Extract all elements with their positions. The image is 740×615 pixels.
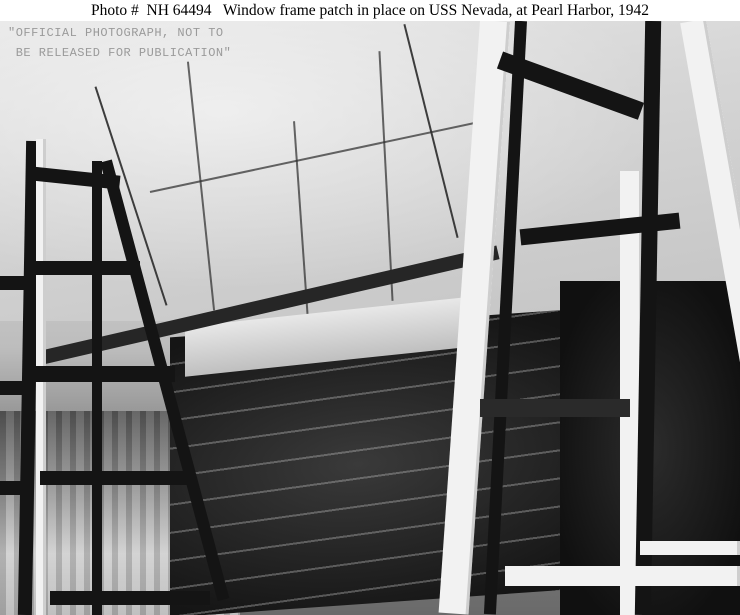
stamp-line-1: "OFFICIAL PHOTOGRAPH, NOT TO bbox=[8, 26, 224, 40]
photograph: "OFFICIAL PHOTOGRAPH, NOT TO BE RELEASED… bbox=[0, 21, 740, 615]
ladder-rung bbox=[50, 591, 210, 605]
ladder-rail bbox=[92, 161, 102, 615]
official-photograph-stamp: "OFFICIAL PHOTOGRAPH, NOT TO BE RELEASED… bbox=[8, 23, 231, 63]
stamp-line-2: BE RELEASED FOR PUBLICATION" bbox=[8, 46, 231, 60]
scaffold-brace bbox=[0, 481, 26, 495]
ladder-rung bbox=[30, 366, 175, 382]
ladder-rung bbox=[40, 471, 190, 485]
scaffold-plank bbox=[505, 566, 740, 586]
scaffold-crossbeam bbox=[480, 399, 630, 417]
ladder-rung bbox=[30, 261, 140, 275]
scaffold-plank bbox=[640, 541, 740, 555]
scaffold-brace bbox=[0, 381, 26, 395]
photo-caption: Photo # NH 64494 Window frame patch in p… bbox=[0, 0, 740, 21]
scaffold-brace bbox=[0, 276, 26, 290]
